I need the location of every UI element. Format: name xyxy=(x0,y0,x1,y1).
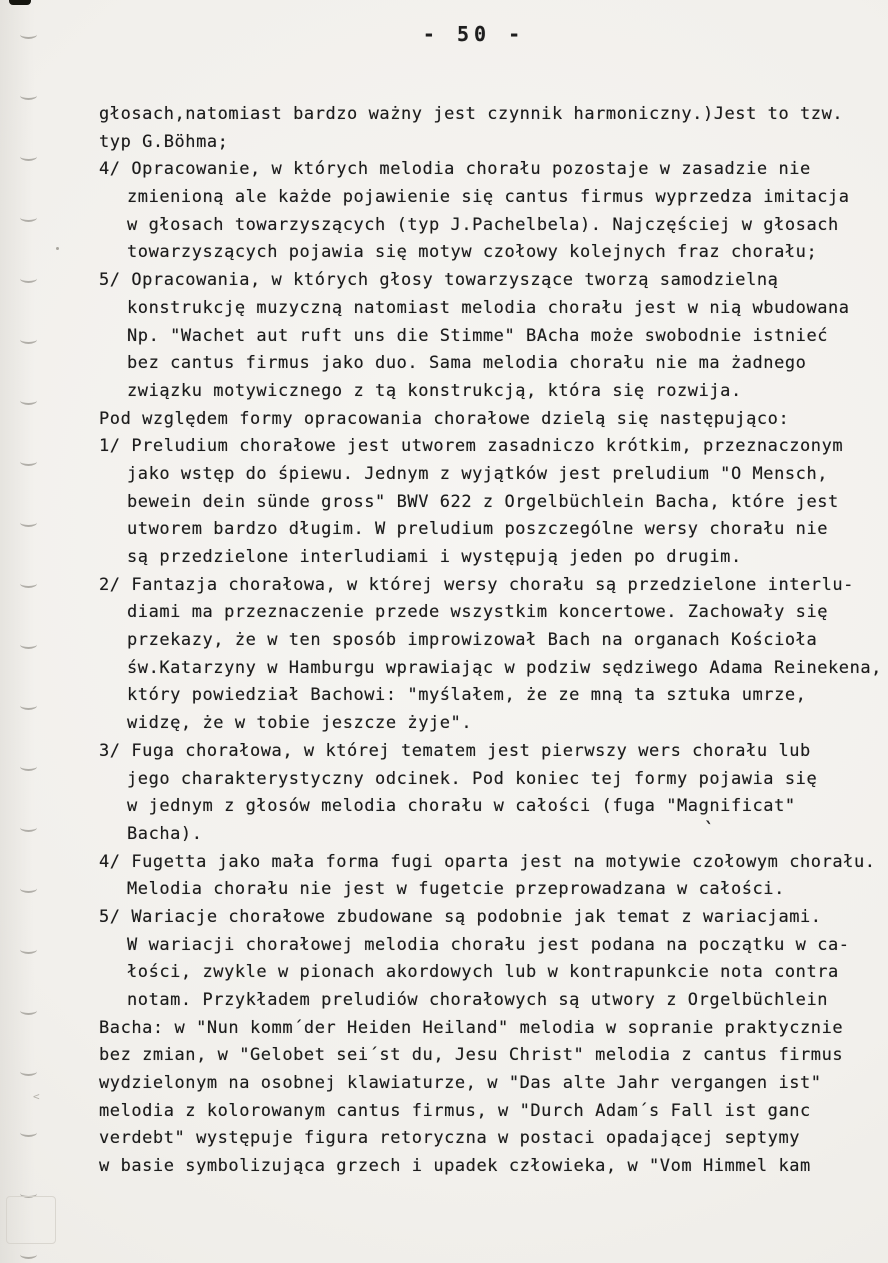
binder-mark xyxy=(20,274,37,283)
text-line: związku motywicznego z tą konstrukcją, k… xyxy=(99,378,888,406)
binder-mark xyxy=(20,518,37,527)
page-number: - 50 - xyxy=(30,22,888,46)
text-line: głosach,natomiast bardzo ważny jest czyn… xyxy=(99,101,888,129)
text-line: notam. Przykładem preludiów chorałowych … xyxy=(99,987,888,1015)
text-line: Bacha: w "Nun komm´der Heiden Heiland" m… xyxy=(99,1015,888,1043)
binder-mark xyxy=(20,1067,37,1076)
binder-mark xyxy=(20,701,37,710)
scan-artifact-corner-blob xyxy=(9,0,31,5)
text-line: typ G.Böhma; xyxy=(99,129,888,157)
text-line: verdebt" występuje figura retoryczna w p… xyxy=(99,1125,888,1153)
binder-mark xyxy=(20,1006,37,1015)
binder-mark xyxy=(20,335,37,344)
text-line: W wariacji chorałowej melodia chorału je… xyxy=(99,932,888,960)
text-line: w basie symbolizująca grzech i upadek cz… xyxy=(99,1153,888,1181)
text-block: głosach,natomiast bardzo ważny jest czyn… xyxy=(99,101,888,1181)
text-line: 4/ Fugetta jako mała forma fugi oparta j… xyxy=(99,849,888,877)
document-page: - 50 - głosach,natomiast bardzo ważny je… xyxy=(0,0,888,1263)
text-line: łości, zwykle w pionach akordowych lub w… xyxy=(99,959,888,987)
text-line: 2/ Fantazja chorałowa, w której wersy ch… xyxy=(99,572,888,600)
text-line: św.Katarzyny w Hamburgu wprawiając w pod… xyxy=(99,655,888,683)
text-line: melodia z kolorowanym cantus firmus, w "… xyxy=(99,1098,888,1126)
text-line: zmienioną ale każde pojawienie się cantu… xyxy=(99,184,888,212)
text-line: 4/ Opracowanie, w których melodia chorał… xyxy=(99,156,888,184)
text-line: 5/ Wariacje chorałowe zbudowane są podob… xyxy=(99,904,888,932)
binder-mark xyxy=(20,884,37,893)
text-line: jako wstęp do śpiewu. Jednym z wyjątków … xyxy=(99,461,888,489)
text-line: 3/ Fuga chorałowa, w której tematem jest… xyxy=(99,738,888,766)
text-line: Pod względem formy opracowania chorałowe… xyxy=(99,406,888,434)
text-line: towarzyszących pojawia się motyw czołowy… xyxy=(99,239,888,267)
text-line: są przedzielone interludiami i występują… xyxy=(99,544,888,572)
binder-mark xyxy=(20,396,37,405)
binder-mark xyxy=(20,823,37,832)
scan-artifact-box-outline xyxy=(6,1196,56,1244)
binder-mark xyxy=(20,1128,37,1137)
text-line: bez cantus firmus jako duo. Sama melodia… xyxy=(99,350,888,378)
binder-mark xyxy=(20,457,37,466)
text-line: diami ma przeznaczenie przede wszystkim … xyxy=(99,599,888,627)
binder-mark xyxy=(20,1250,37,1259)
binder-mark xyxy=(20,213,37,222)
text-line: widzę, że w tobie jeszcze żyje". xyxy=(99,710,888,738)
scan-artifact-speck: < xyxy=(33,1090,40,1103)
binder-mark xyxy=(20,152,37,161)
text-line: w głosach towarzyszących (typ J.Pachelbe… xyxy=(99,212,888,240)
text-line: który powiedział Bachowi: "myślałem, że … xyxy=(99,682,888,710)
text-line: 5/ Opracowania, w których głosy towarzys… xyxy=(99,267,888,295)
text-line: bewein dein sünde gross" BWV 622 z Orgel… xyxy=(99,489,888,517)
binder-mark xyxy=(20,762,37,771)
binder-mark xyxy=(20,579,37,588)
text-line: wydzielonym na osobnej klawiaturze, w "D… xyxy=(99,1070,888,1098)
text-line: 1/ Preludium chorałowe jest utworem zasa… xyxy=(99,433,888,461)
text-line: utworem bardzo długim. W preludium poszc… xyxy=(99,516,888,544)
text-line: przekazy, że w ten sposób improwizował B… xyxy=(99,627,888,655)
scan-artifact-speck xyxy=(56,247,59,250)
text-line: jego charakterystyczny odcinek. Pod koni… xyxy=(99,766,888,794)
text-line: bez zmian, w "Gelobet sei´st du, Jesu Ch… xyxy=(99,1042,888,1070)
text-line: w jednym z głosów melodia chorału w cało… xyxy=(99,793,888,821)
text-line: konstrukcję muzyczną natomiast melodia c… xyxy=(99,295,888,323)
binder-mark xyxy=(20,91,37,100)
text-line: Bacha). xyxy=(99,821,888,849)
text-line: Melodia chorału nie jest w fugetcie prze… xyxy=(99,876,888,904)
binder-mark xyxy=(20,945,37,954)
text-line: Np. "Wachet aut ruft uns die Stimme" BAc… xyxy=(99,323,888,351)
binder-mark xyxy=(20,640,37,649)
